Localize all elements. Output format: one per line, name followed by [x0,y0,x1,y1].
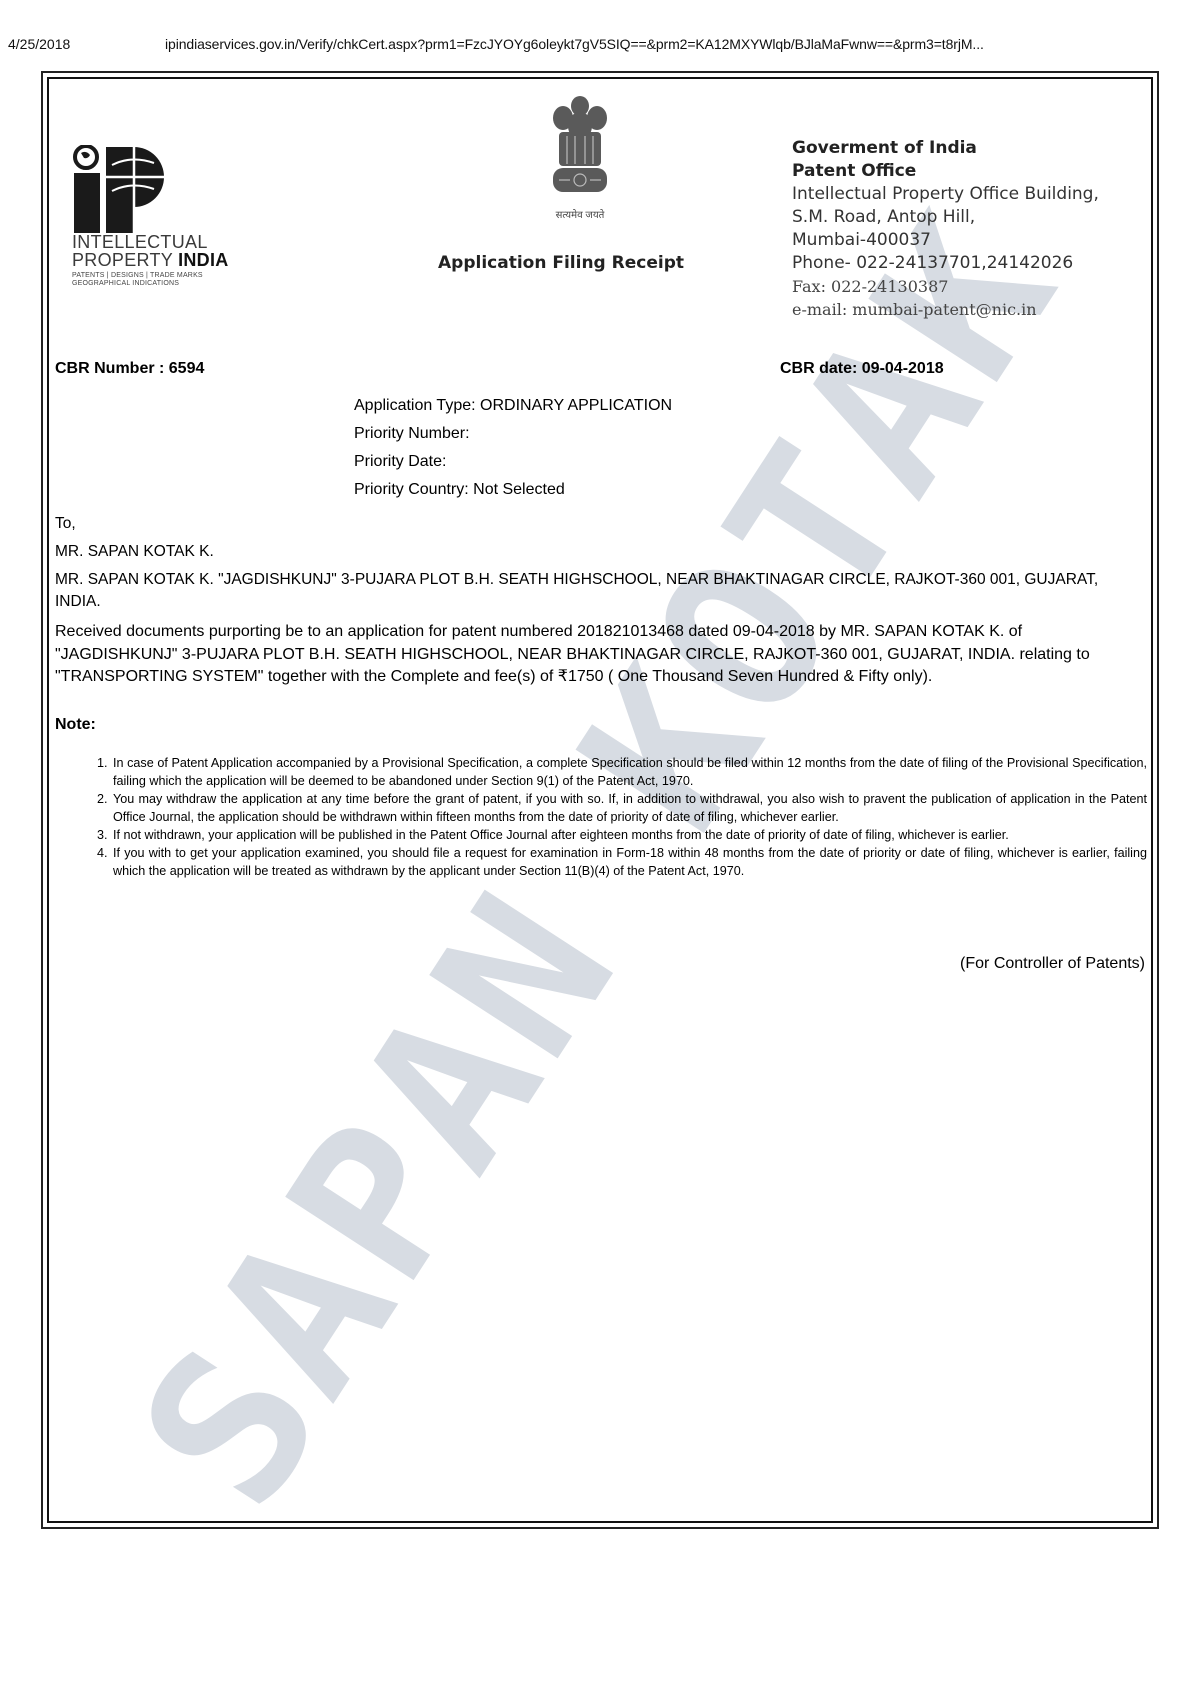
logo-line-2: PROPERTY INDIA [72,251,252,269]
receipt-document: INTELLECTUAL PROPERTY INDIA PATENTS | DE… [0,0,1200,1700]
note-label: Note: [55,716,96,734]
logo-tagline-1: PATENTS | DESIGNS | TRADE MARKS [72,272,252,280]
logo-tagline-2: GEOGRAPHICAL INDICATIONS [72,280,252,288]
office-phone: Phone- 022-24137701,24142026 [792,252,1099,275]
note-text: You may withdraw the application at any … [113,790,1147,826]
logo-line-2-regular: PROPERTY [72,250,178,270]
logo-line-1: INTELLECTUAL [72,233,252,251]
office-email: e-mail: mumbai-patent@nic.in [792,298,1099,321]
received-statement: Received documents purporting be to an a… [55,621,1145,689]
note-number: 3. [97,826,113,844]
national-emblem-icon [545,92,615,200]
office-address: Goverment of India Patent Office Intelle… [792,137,1099,321]
office-line-1: Goverment of India [792,137,1099,160]
note-text: In case of Patent Application accompanie… [113,754,1147,790]
office-line-2: Patent Office [792,160,1099,183]
application-type: Application Type: ORDINARY APPLICATION [354,392,672,420]
cbr-date: CBR date: 09-04-2018 [780,360,944,378]
application-info: Application Type: ORDINARY APPLICATION P… [354,392,672,504]
note-number: 4. [97,844,113,880]
recipient-address: MR. SAPAN KOTAK K. "JAGDISHKUNJ" 3-PUJAR… [55,569,1145,613]
ip-logo-icon [72,145,172,233]
note-item: 1.In case of Patent Application accompan… [97,754,1147,790]
office-line-4: S.M. Road, Antop Hill, [792,206,1099,229]
note-item: 2.You may withdraw the application at an… [97,790,1147,826]
priority-country: Priority Country: Not Selected [354,476,672,504]
note-text: If you with to get your application exam… [113,844,1147,880]
priority-number: Priority Number: [354,420,672,448]
signature-line: (For Controller of Patents) [960,955,1145,973]
note-item: 4.If you with to get your application ex… [97,844,1147,880]
national-emblem: सत्यमेव जयते [530,92,630,221]
logo-line-2-bold: INDIA [178,250,229,270]
cbr-number: CBR Number : 6594 [55,360,204,378]
office-line-5: Mumbai-400037 [792,229,1099,252]
page-title: Application Filing Receipt [438,253,698,273]
ip-india-logo: INTELLECTUAL PROPERTY INDIA PATENTS | DE… [72,145,252,288]
emblem-motto: सत्यमेव जयते [530,207,630,221]
notes-list: 1.In case of Patent Application accompan… [97,754,1147,880]
office-line-3: Intellectual Property Office Building, [792,183,1099,206]
logo-tagline: PATENTS | DESIGNS | TRADE MARKS GEOGRAPH… [72,272,252,288]
office-fax: Fax: 022-24130387 [792,275,1099,298]
note-item: 3.If not withdrawn, your application wil… [97,826,1147,844]
note-number: 2. [97,790,113,826]
recipient-name: MR. SAPAN KOTAK K. [55,538,1145,566]
to-label: To, [55,510,1145,538]
note-number: 1. [97,754,113,790]
recipient-block: To, MR. SAPAN KOTAK K. MR. SAPAN KOTAK K… [55,510,1145,613]
priority-date: Priority Date: [354,448,672,476]
note-text: If not withdrawn, your application will … [113,826,1147,844]
